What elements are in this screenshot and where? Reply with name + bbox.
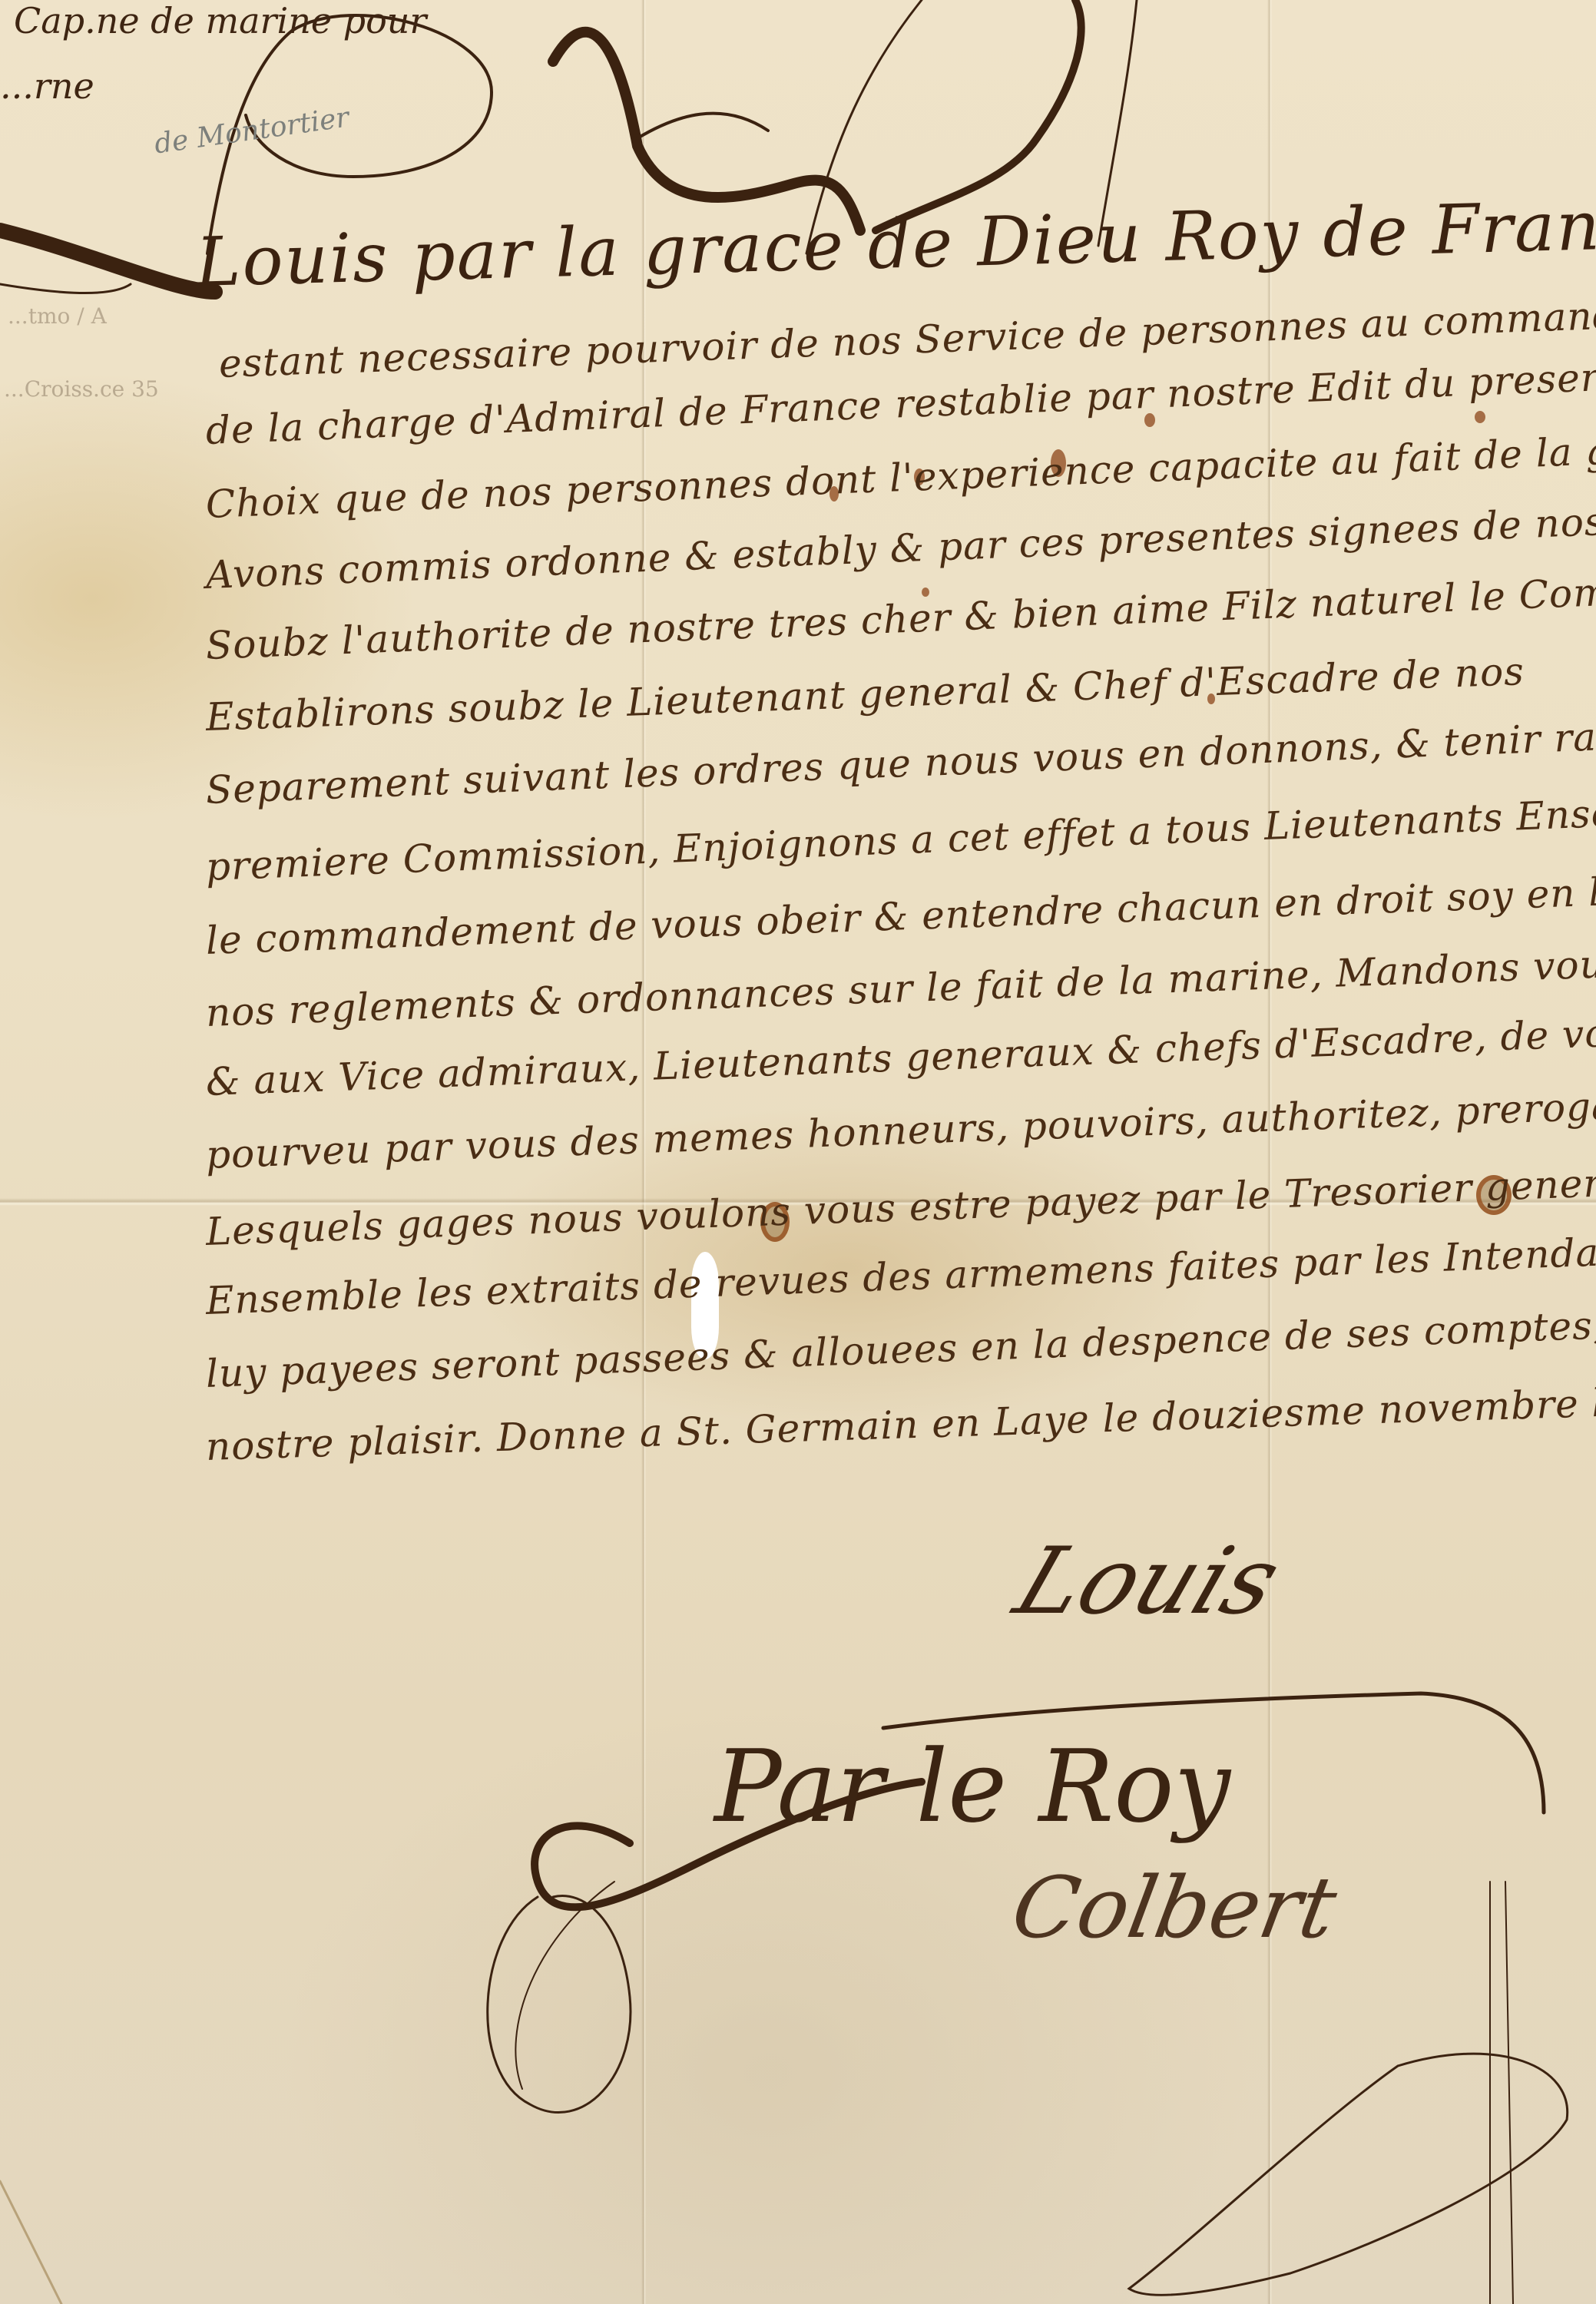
faint-margin-text: ...tmo / A	[8, 303, 107, 329]
pencil-annotation: de Montortier	[152, 101, 351, 160]
manuscript-page: Cap.ne de marine pour ...rne de Montorti…	[0, 0, 1596, 2304]
body-line: premiere Commission, Enjoignons a cet ef…	[205, 790, 1596, 889]
countersign-label: Par le Roy	[714, 1728, 1230, 1845]
margin-note-line-1: Cap.ne de marine pour	[14, 0, 426, 41]
body-line: nostre plaisir. Donne a St. Germain en L…	[205, 1377, 1596, 1469]
title-line: Louis par la grace de Dieu Roy de France…	[195, 181, 1596, 302]
margin-note-line-2: ...rne	[0, 65, 94, 107]
ink-stain	[1475, 411, 1485, 423]
faint-margin-text: ...Croiss.ce 35	[4, 376, 159, 402]
king-signature: Louis	[1002, 1528, 1294, 1635]
countersign-signature: Colbert	[1005, 1859, 1343, 1957]
